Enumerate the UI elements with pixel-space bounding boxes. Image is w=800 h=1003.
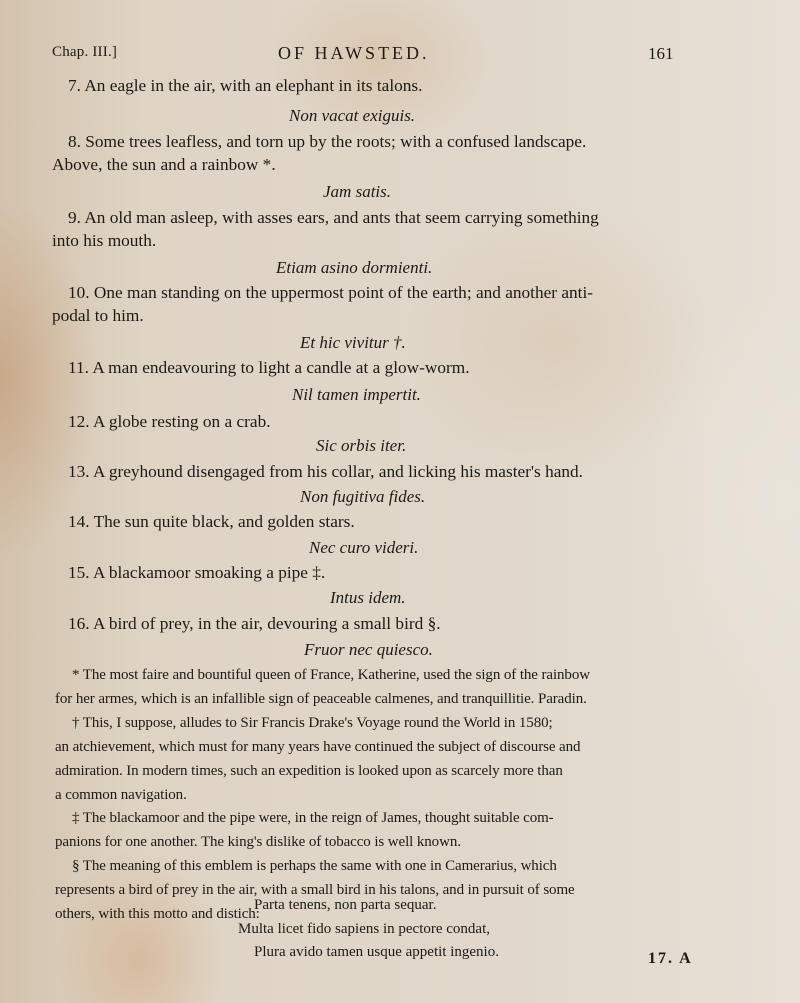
emblem-10-motto: Et hic vivitur †. <box>300 333 406 353</box>
verse-line-2: Multa licet fido sapiens in pectore cond… <box>238 921 490 938</box>
emblem-8-cont: Above, the sun and a rainbow *. <box>52 155 276 175</box>
footnote-line: a common navigation. <box>55 787 187 804</box>
footnote-line: an atchievement, which must for many yea… <box>55 739 580 756</box>
emblem-14: 14. The sun quite black, and golden star… <box>68 512 355 532</box>
emblem-7-motto: Non vacat exiguis. <box>289 106 415 126</box>
footnote-double-dagger: ‡ The blackamoor and the pipe were, in t… <box>72 810 554 827</box>
verse-line-3: Plura avido tamen usque appetit ingenio. <box>254 944 499 961</box>
emblem-9: 9. An old man asleep, with asses ears, a… <box>68 208 599 228</box>
footnote-line: others, with this motto and distich: <box>55 906 260 923</box>
emblem-9-motto: Etiam asino dormienti. <box>276 258 432 278</box>
emblem-7: 7. An eagle in the air, with an elephant… <box>68 76 422 96</box>
page-number: 161 <box>648 44 674 64</box>
emblem-12-motto: Sic orbis iter. <box>316 436 406 456</box>
footnote-dagger: † This, I suppose, alludes to Sir Franci… <box>72 715 553 732</box>
emblem-9-cont: into his mouth. <box>52 231 156 251</box>
catchword: 17. A <box>648 950 693 968</box>
emblem-15-motto: Intus idem. <box>330 588 406 608</box>
emblem-14-motto: Nec curo videri. <box>309 538 418 558</box>
emblem-13-motto: Non fugitiva fides. <box>300 487 425 507</box>
emblem-15: 15. A blackamoor smoaking a pipe ‡. <box>68 563 325 583</box>
running-title: OF HAWSTED. <box>278 43 430 64</box>
footnote-section: § The meaning of this emblem is perhaps … <box>72 858 557 875</box>
emblem-16-motto: Fruor nec quiesco. <box>304 640 433 660</box>
emblem-8: 8. Some trees leafless, and torn up by t… <box>68 132 586 152</box>
emblem-13: 13. A greyhound disengaged from his coll… <box>68 462 583 482</box>
chapter-label: Chap. III.] <box>52 44 117 61</box>
emblem-11-motto: Nil tamen impertit. <box>292 385 421 405</box>
emblem-10: 10. One man standing on the uppermost po… <box>68 283 593 303</box>
verse-line-1: Parta tenens, non parta sequar. <box>254 897 436 914</box>
footnote-line: panions for one another. The king's disl… <box>55 834 461 851</box>
footnote-line: for her armes, which is an infallible si… <box>55 691 587 708</box>
footnote-asterisk: * The most faire and bountiful queen of … <box>72 667 590 684</box>
emblem-16: 16. A bird of prey, in the air, devourin… <box>68 614 441 634</box>
emblem-12: 12. A globe resting on a crab. <box>68 412 271 432</box>
emblem-11: 11. A man endeavouring to light a candle… <box>68 358 470 378</box>
footnote-line: admiration. In modern times, such an exp… <box>55 763 563 780</box>
emblem-10-cont: podal to him. <box>52 306 144 326</box>
page-header: Chap. III.] OF HAWSTED. 161 <box>52 44 692 68</box>
emblem-8-motto: Jam satis. <box>323 182 391 202</box>
